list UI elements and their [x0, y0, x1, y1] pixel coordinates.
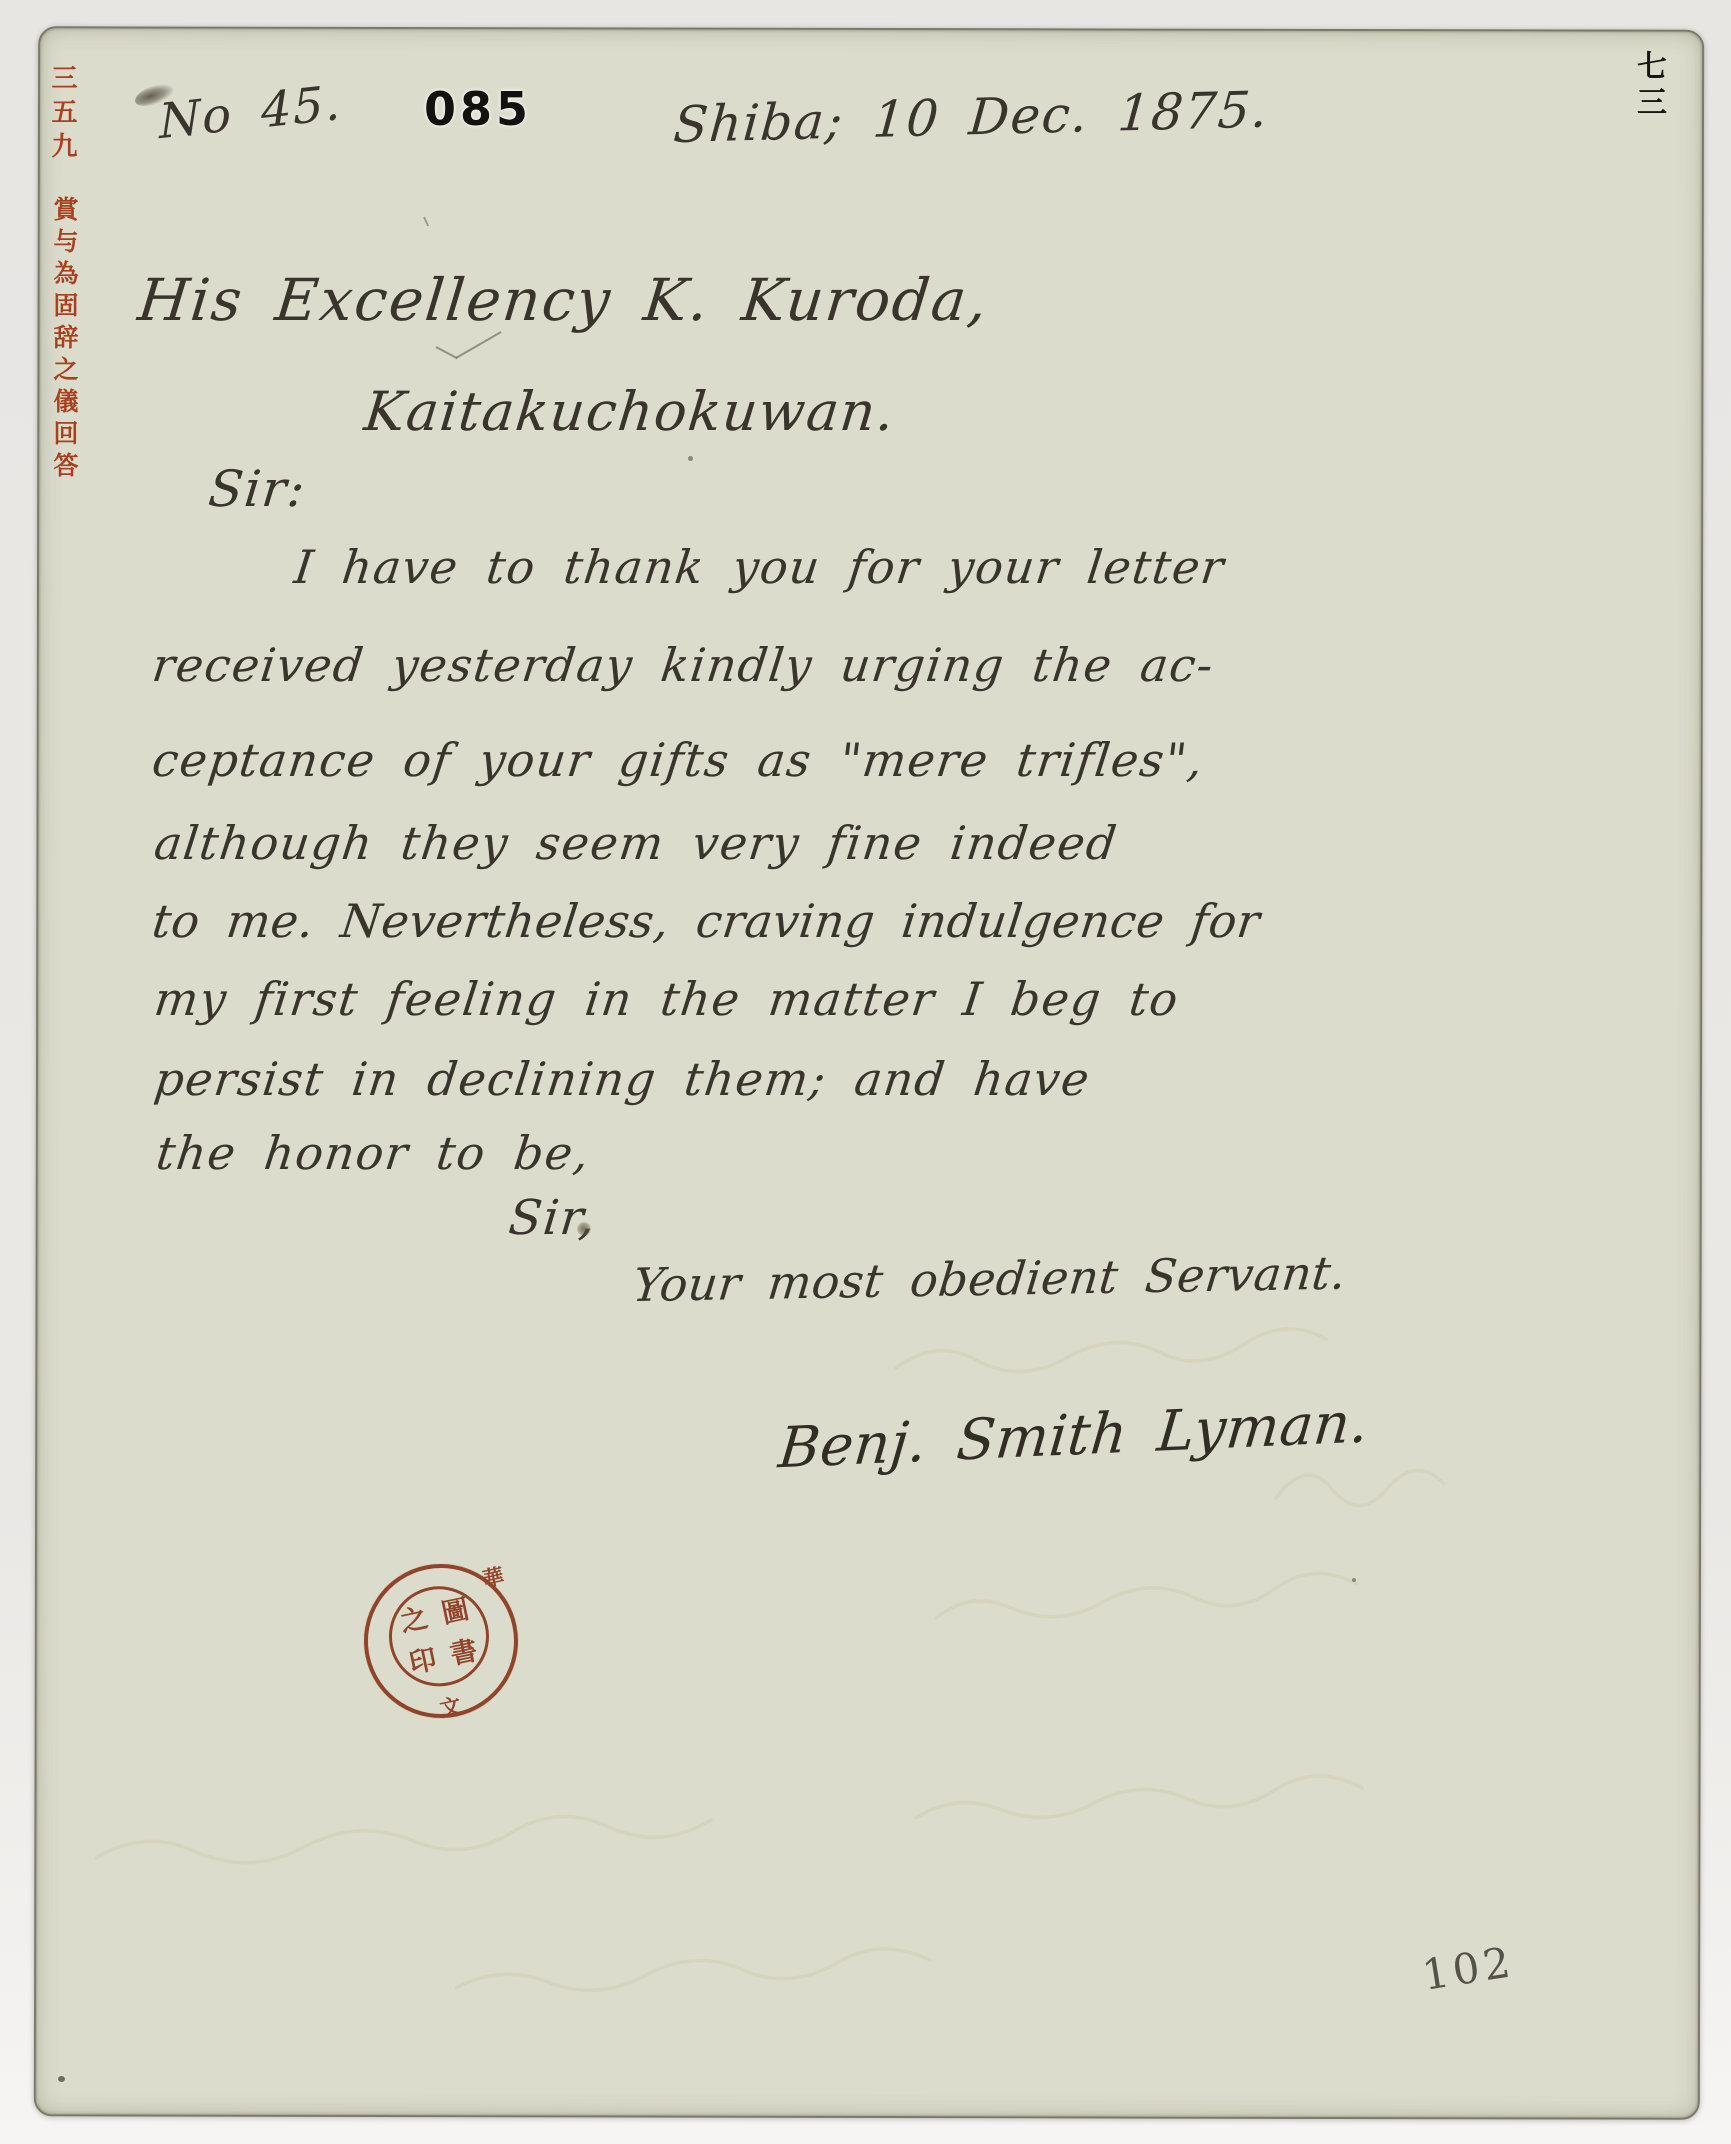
seal-char: 之: [398, 1604, 430, 1636]
body-line: ceptance of your gifts as "mere trifles"…: [149, 733, 1207, 787]
ink-spot: [577, 1222, 591, 1236]
body-line: the honor to be,: [153, 1126, 593, 1180]
scanned-letter-page: No 45. 085 Shiba; 10 Dec. 1875. 七三 三五九 賞…: [0, 0, 1731, 2144]
dust-speck: [58, 2076, 65, 2082]
margin-annotation: 賞与為固辞之儀回答: [46, 196, 82, 484]
salutation: Sir:: [206, 460, 309, 518]
body-line: to me. Nevertheless, craving indulgence …: [149, 894, 1263, 948]
seal-char: 印: [407, 1645, 439, 1677]
seal-center-characters: 之 圖 印 書: [389, 1587, 489, 1687]
body-line: although they seem very fine indeed: [151, 816, 1120, 870]
seal-char: 圖: [439, 1595, 471, 1627]
seal-char: 書: [448, 1636, 480, 1668]
margin-index-number: 三五九: [44, 64, 81, 166]
closing-salutation: Sir,: [506, 1190, 599, 1246]
recipient-name-line: His Excellency K. Kuroda,: [135, 266, 992, 334]
body-line: my first feeling in the matter I beg to: [151, 972, 1182, 1026]
library-seal-stamp: 之 圖 印 書 華 文: [350, 1550, 533, 1733]
body-line: persist in declining them; and have: [151, 1052, 1093, 1106]
dust-speck: [1352, 1578, 1356, 1582]
archive-number-stamp: 085: [424, 82, 532, 136]
body-line: I have to thank you for your letter: [291, 540, 1228, 594]
dust-speck: [688, 456, 693, 461]
body-line: received yesterday kindly urging the ac-: [149, 638, 1217, 692]
recipient-office-line: Kaitakuchokuwan.: [361, 380, 898, 443]
corner-number-note: 七三: [1626, 50, 1670, 122]
